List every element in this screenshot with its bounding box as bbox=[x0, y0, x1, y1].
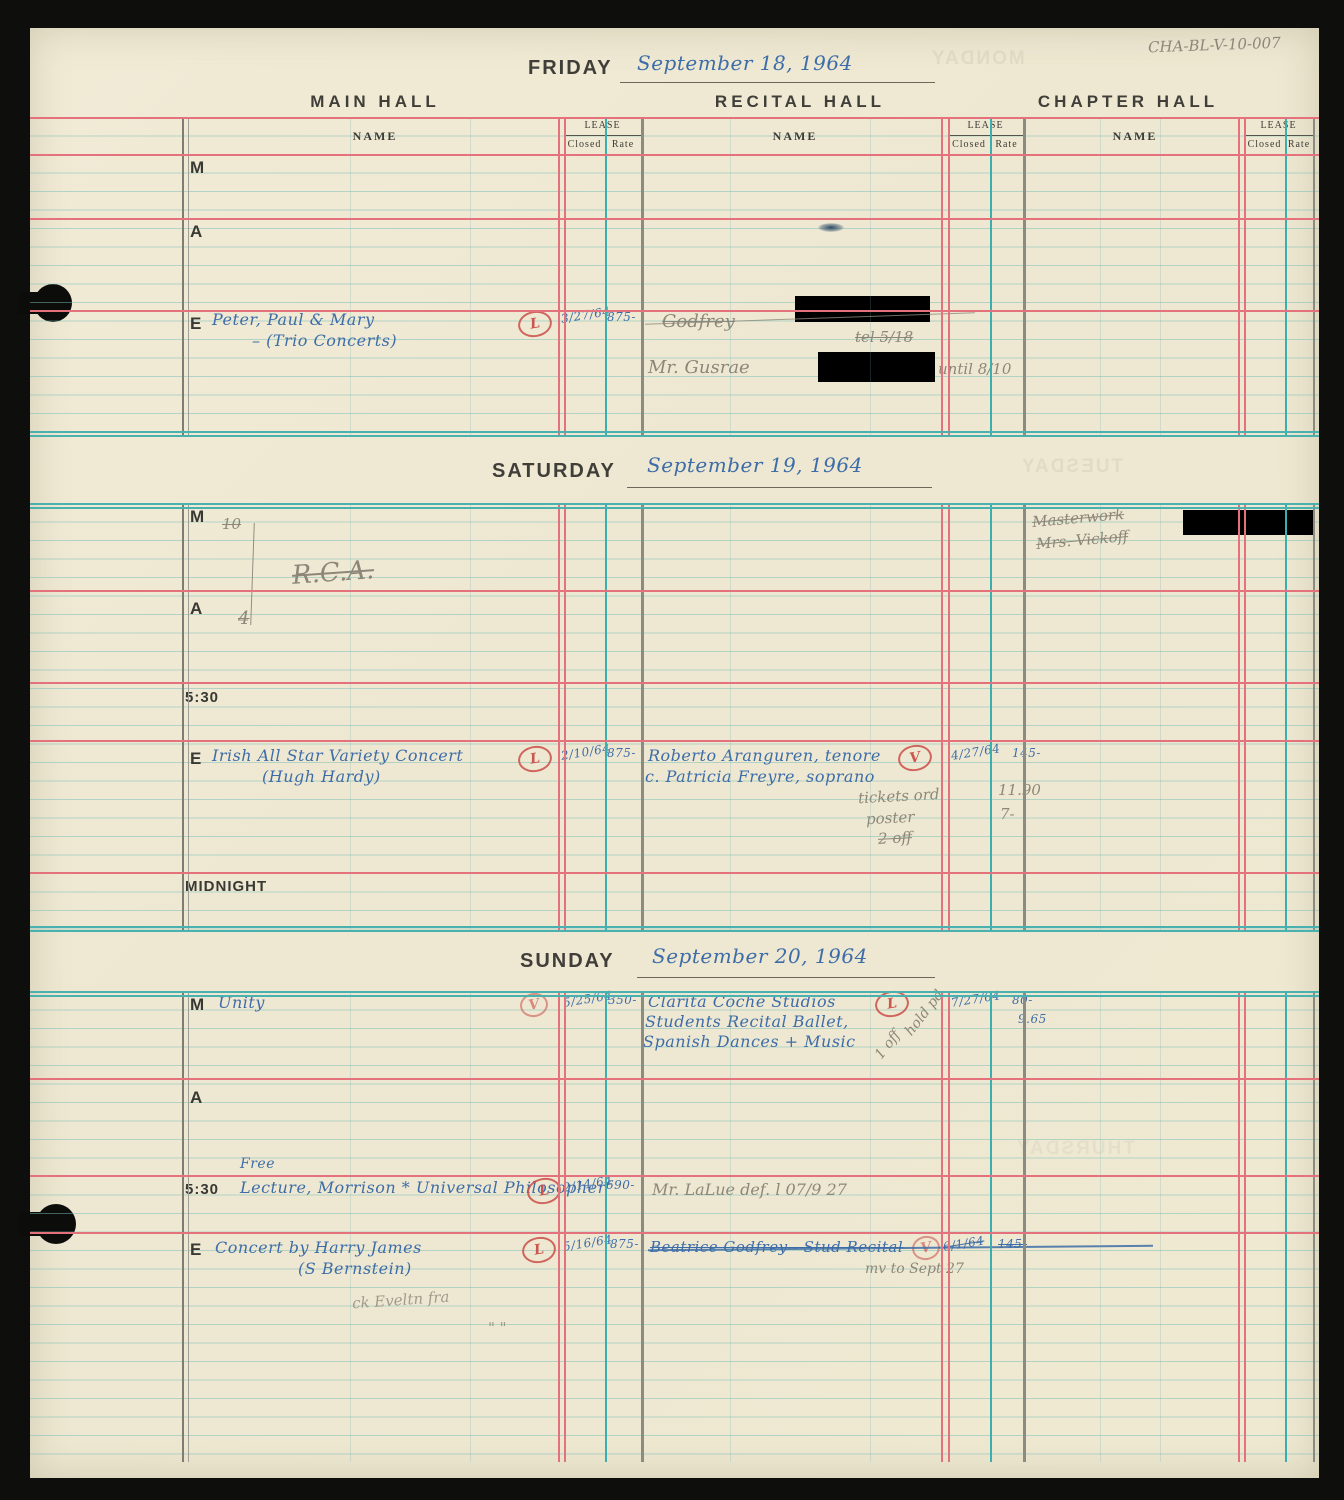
saturday-recital-e-name: Roberto Aranguren, tenore bbox=[648, 746, 881, 765]
ghost-text: TUESDAY bbox=[1020, 456, 1123, 478]
main-hall-header: MAIN HALL bbox=[290, 92, 460, 112]
grid-red-line bbox=[30, 310, 1319, 312]
saturday-recital-e-amount1: 11.90 bbox=[998, 781, 1041, 799]
grid-vertical-line bbox=[1244, 503, 1246, 932]
grid-vertical-line bbox=[558, 503, 560, 932]
grid-vertical-line bbox=[941, 503, 943, 932]
grid-vertical-line bbox=[188, 117, 189, 437]
grid-vertical-line bbox=[605, 991, 607, 1462]
grid-red-line bbox=[30, 740, 1319, 742]
grid-vertical-line bbox=[558, 117, 560, 437]
grid-vertical-line bbox=[941, 117, 943, 437]
sunday-row-e: E bbox=[190, 1240, 201, 1260]
redaction-bar bbox=[818, 352, 935, 382]
grid-vertical-line bbox=[1023, 503, 1026, 932]
saturday-recital-e-name2: c. Patricia Freyre, soprano bbox=[645, 767, 875, 786]
main-name-colhead: NAME bbox=[310, 129, 440, 144]
grid-vertical-line bbox=[730, 503, 731, 932]
grid-red-line bbox=[30, 682, 1319, 684]
sunday-date-handwritten: September 20, 1964 bbox=[652, 944, 868, 968]
grid-vertical-line bbox=[1160, 117, 1161, 437]
grid-vertical-line bbox=[1285, 503, 1287, 932]
saturday-main-m-pencil2: R.C.A. bbox=[291, 555, 375, 591]
grid-red-line bbox=[30, 590, 1319, 592]
grid-cyan-line bbox=[30, 435, 1319, 437]
saturday-grid: M A 5:30 E MIDNIGHT 10 R.C.A. 4 Masterwo… bbox=[30, 503, 1319, 932]
sunday-recital-m-name2: Students Recital Ballet, bbox=[645, 1012, 849, 1031]
grid-cyan-line bbox=[30, 930, 1319, 932]
friday-row-m: M bbox=[190, 158, 204, 178]
friday-main-e-closed: 3/27/64 bbox=[560, 304, 611, 326]
grid-vertical-line bbox=[1023, 117, 1026, 437]
friday-main-e-lease-mark: L bbox=[516, 308, 554, 340]
friday-day-label: FRIDAY bbox=[528, 57, 613, 80]
recital-closed-colhead: Closed bbox=[948, 139, 990, 150]
grid-vertical-line bbox=[182, 991, 184, 1462]
ink-smudge bbox=[818, 223, 844, 232]
grid-vertical-line bbox=[1160, 991, 1161, 1462]
grid-vertical-line bbox=[1244, 117, 1246, 437]
grid-vertical-line bbox=[182, 117, 184, 437]
saturday-main-e-name2: (Hugh Hardy) bbox=[262, 767, 381, 786]
friday-row-a: A bbox=[190, 222, 202, 242]
grid-vertical-line bbox=[641, 117, 644, 437]
sunday-530-free-note: Free bbox=[240, 1156, 275, 1172]
grid-vertical-line bbox=[564, 503, 566, 932]
saturday-main-e-name: Irish All Star Variety Concert bbox=[212, 746, 463, 765]
grid-vertical-line bbox=[990, 991, 992, 1462]
grid-red-line bbox=[30, 1078, 1319, 1080]
sunday-530-rate: 690- bbox=[606, 1178, 635, 1192]
grid-red-line bbox=[30, 117, 1319, 119]
grid-vertical-line bbox=[1023, 991, 1026, 1462]
grid-cyan-line bbox=[30, 431, 1319, 433]
grid-vertical-line bbox=[558, 991, 560, 1462]
grid-cyan-line bbox=[30, 507, 1319, 509]
grid-vertical-line bbox=[1313, 503, 1315, 932]
saturday-chapter-m-pencil2: Mrs. Vickoff bbox=[1035, 527, 1128, 553]
grid-vertical-line bbox=[1313, 117, 1315, 437]
sunday-row-a: A bbox=[190, 1088, 202, 1108]
pencil-bracket-line bbox=[250, 523, 255, 625]
grid-cyan-line bbox=[30, 995, 1319, 997]
grid-cyan-line bbox=[30, 991, 1319, 993]
sunday-day-label: SUNDAY bbox=[520, 950, 615, 973]
friday-date-underline bbox=[620, 82, 935, 83]
grid-vertical-line bbox=[605, 503, 607, 932]
sunday-grid: M A 5:30 E Unity V 5/25/64 350- Clarita … bbox=[30, 991, 1319, 1462]
main-lease-colhead: LEASE bbox=[564, 120, 641, 131]
grid-vertical-line bbox=[948, 117, 950, 437]
saturday-row-midnight: MIDNIGHT bbox=[185, 878, 267, 895]
grid-vertical-line bbox=[870, 117, 871, 437]
sunday-main-e-name2: (S Bernstein) bbox=[298, 1259, 412, 1278]
saturday-main-e-rate: 875- bbox=[607, 746, 636, 760]
saturday-recital-e-pencil2: poster bbox=[866, 808, 915, 829]
sunday-date-underline bbox=[637, 977, 935, 978]
saturday-row-a: A bbox=[190, 599, 202, 619]
scanned-ledger-page: CHA-BL-V-10-007 MONDAY TUESDAY THURSDAY … bbox=[0, 0, 1344, 1500]
grid-vertical-line bbox=[1238, 991, 1240, 1462]
friday-row-e: E bbox=[190, 314, 201, 334]
grid-vertical-line bbox=[870, 503, 871, 932]
grid-vertical-line bbox=[1238, 117, 1240, 437]
saturday-main-a-pencil: 4 bbox=[238, 608, 249, 629]
ghost-text: MONDAY bbox=[930, 48, 1025, 70]
saturday-row-m: M bbox=[190, 507, 204, 527]
grid-vertical-line bbox=[350, 117, 351, 437]
recital-rate-colhead: Rate bbox=[990, 139, 1023, 150]
grid-vertical-line bbox=[1100, 991, 1101, 1462]
sunday-530-recital-pencil: Mr. LaLue def. l 07/9 27 bbox=[652, 1180, 847, 1199]
grid-vertical-line bbox=[188, 991, 189, 1462]
saturday-main-e-lease-mark: L bbox=[516, 743, 554, 775]
recital-lease-colhead: LEASE bbox=[948, 120, 1023, 131]
grid-vertical-line bbox=[641, 503, 644, 932]
grid-vertical-line bbox=[990, 503, 992, 932]
grid-vertical-line bbox=[350, 503, 351, 932]
grid-vertical-line bbox=[641, 991, 644, 1462]
grid-vertical-line bbox=[564, 117, 566, 437]
sunday-main-e-lease-mark: L bbox=[520, 1234, 558, 1266]
saturday-row-530: 5:30 bbox=[185, 689, 219, 706]
main-rate-colhead: Rate bbox=[605, 139, 641, 150]
grid-vertical-line bbox=[1313, 991, 1315, 1462]
grid-vertical-line bbox=[948, 991, 950, 1462]
chapter-name-colhead: NAME bbox=[1070, 129, 1200, 144]
grid-red-line bbox=[30, 218, 1319, 220]
grid-vertical-line bbox=[188, 503, 189, 932]
sunday-main-e-name: Concert by Harry James bbox=[215, 1238, 422, 1257]
friday-date-handwritten: September 18, 1964 bbox=[637, 51, 853, 75]
sunday-row-530: 5:30 bbox=[185, 1181, 219, 1198]
grid-vertical-line bbox=[730, 117, 731, 437]
grid-vertical-line bbox=[1285, 991, 1287, 1462]
sunday-recital-m-name3: Spanish Dances + Music bbox=[643, 1032, 856, 1051]
sunday-main-e-pencil: ck Eveltn fra bbox=[351, 1288, 450, 1313]
grid-cyan-line bbox=[30, 926, 1319, 928]
grid-vertical-line bbox=[1285, 117, 1287, 437]
grid-cyan-line bbox=[30, 503, 1319, 505]
sunday-row-m: M bbox=[190, 995, 204, 1015]
friday-main-e-name2: – (Trio Concerts) bbox=[252, 331, 397, 350]
main-closed-colhead: Closed bbox=[564, 139, 605, 150]
grid-vertical-line bbox=[1100, 503, 1101, 932]
lease-divider bbox=[1244, 135, 1313, 136]
grid-vertical-line bbox=[990, 117, 992, 437]
grid-vertical-line bbox=[350, 991, 351, 1462]
lease-divider bbox=[948, 135, 1023, 136]
grid-vertical-line bbox=[948, 503, 950, 932]
grid-red-line bbox=[30, 872, 1319, 874]
grid-red-line bbox=[30, 154, 1319, 156]
saturday-date-underline bbox=[627, 487, 932, 488]
grid-vertical-line bbox=[730, 991, 731, 1462]
saturday-date-handwritten: September 19, 1964 bbox=[647, 453, 863, 477]
saturday-recital-e-pencil3: 2 off bbox=[878, 828, 913, 848]
friday-grid: NAME NAME NAME LEASE LEASE LEASE Closed … bbox=[30, 117, 1319, 437]
saturday-day-label: SATURDAY bbox=[492, 460, 616, 483]
grid-vertical-line bbox=[470, 503, 471, 932]
grid-vertical-line bbox=[605, 117, 607, 437]
grid-vertical-line bbox=[470, 991, 471, 1462]
friday-recital-e1-note: tel 5/18 bbox=[855, 328, 913, 346]
grid-vertical-line bbox=[182, 503, 184, 932]
saturday-main-m-pencil1: 10 bbox=[222, 515, 241, 533]
recital-hall-header: RECITAL HALL bbox=[705, 92, 895, 112]
saturday-recital-e-amount2: 7- bbox=[1000, 805, 1015, 823]
saturday-main-e-closed: 2/10/64 bbox=[560, 741, 611, 763]
grid-vertical-line bbox=[1238, 503, 1240, 932]
recital-name-colhead: NAME bbox=[730, 129, 860, 144]
grid-vertical-line bbox=[1244, 991, 1246, 1462]
chapter-hall-header: CHAPTER HALL bbox=[1033, 92, 1223, 112]
sunday-recital-m-pencil2: 1 off bbox=[872, 1028, 904, 1063]
grid-vertical-line bbox=[564, 991, 566, 1462]
chapter-lease-colhead: LEASE bbox=[1244, 120, 1313, 131]
grid-vertical-line bbox=[1160, 503, 1161, 932]
saturday-recital-e-rate: 145- bbox=[1012, 746, 1041, 760]
grid-vertical-line bbox=[470, 117, 471, 437]
grid-vertical-line bbox=[1100, 117, 1101, 437]
lease-divider bbox=[564, 135, 641, 136]
saturday-row-e: E bbox=[190, 749, 201, 769]
grid-red-line bbox=[30, 1232, 1319, 1234]
friday-main-e-rate: 875- bbox=[607, 310, 636, 324]
chapter-closed-colhead: Closed bbox=[1244, 139, 1285, 150]
friday-recital-e2-name: Mr. Gusrae bbox=[648, 357, 750, 378]
grid-vertical-line bbox=[870, 991, 871, 1462]
chapter-rate-colhead: Rate bbox=[1285, 139, 1313, 150]
grid-vertical-line bbox=[941, 991, 943, 1462]
grid-red-line bbox=[30, 1175, 1319, 1177]
redaction-bar bbox=[1183, 510, 1313, 535]
sunday-main-e-rate: 875- bbox=[610, 1237, 639, 1251]
saturday-recital-e-closed: 4/27/64 bbox=[950, 741, 1001, 763]
saturday-recital-e-lease-mark: V bbox=[896, 742, 934, 774]
sunday-main-e-ditto: " " bbox=[488, 1319, 507, 1337]
